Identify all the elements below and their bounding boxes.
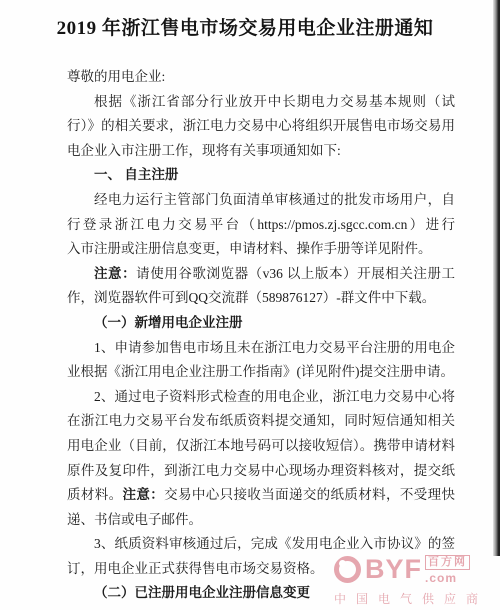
document-line: 质材料。注意：交易中心只接收当面递交的纸质材料，不受理快 (67, 483, 455, 508)
document-line: 2、通过电子资料形式检查的用电企业，浙江电力交易中心将 (67, 385, 455, 410)
watermark-brand-text: BYF (365, 556, 422, 583)
watermark-domain-suffix: .com (425, 572, 457, 584)
document-line: 经电力运行主管部门负面清单审核通过的批发市场用户，自 (67, 188, 455, 213)
text-segment: 行登录浙江电力交易平台（https://pmos.zj.sgcc.com.cn）… (67, 217, 455, 232)
text-segment: （二）已注册用电企业注册信息变更 (94, 585, 310, 600)
text-segment: 请使用谷歌浏览器（v36 以上版本）开展相关注册工 (136, 266, 455, 281)
document-line: 电企业入市注册工作，现将有关事项通知如下: (67, 139, 455, 164)
watermark-tagline: 中国电气供应商 (334, 590, 492, 607)
text-segment: 3、纸质资料审核通过后，完成《发用电企业入市协议》的签 (94, 536, 455, 551)
text-segment: 业根据《浙江用电企业注册工作指南》(详见附件)提交注册申请。 (67, 364, 454, 379)
watermark: BYF 百方网 .com 中国电气供应商 (334, 553, 492, 607)
scan-edge-strip (493, 0, 500, 556)
text-segment: 根据《浙江省部分行业放开中长期电力交易基本规则（试 (94, 94, 455, 109)
text-segment: 尊敬的用电企业: (67, 69, 165, 84)
document-line: 原件及复印件，到浙江电力交易中心现场办理资料核对，提交纸 (67, 459, 455, 484)
document-line: 行登录浙江电力交易平台（https://pmos.zj.sgcc.com.cn）… (67, 213, 455, 238)
document-line: 在浙江电力交易平台发布纸质资料提交通知，同时短信通知相关 (67, 409, 455, 434)
text-segment: 注意： (94, 266, 136, 281)
document-line: 递、书信或电子邮件。 (67, 508, 455, 533)
document-line: （一）新增用电企业注册 (67, 311, 455, 336)
text-segment: 原件及复印件，到浙江电力交易中心现场办理资料核对，提交纸 (67, 463, 455, 478)
text-segment: 2、通过电子资料形式检查的用电企业，浙江电力交易中心将 (94, 389, 455, 404)
watermark-side-block: 百方网 .com (425, 555, 470, 584)
document-body: 尊敬的用电企业:根据《浙江省部分行业放开中长期电力交易基本规则（试行）》的相关要… (67, 65, 455, 606)
text-segment: 电企业入市注册工作，现将有关事项通知如下: (67, 143, 341, 158)
document-line: 尊敬的用电企业: (67, 65, 455, 90)
text-segment: 递、书信或电子邮件。 (67, 512, 202, 527)
text-segment: 作，浏览器软件可到QQ交流群（589876127）-群文件中下载。 (67, 290, 435, 305)
watermark-logo-row: BYF 百方网 .com (334, 553, 492, 585)
text-segment: 入市注册或注册信息变更，申请材料、操作手册等详见附件。 (67, 241, 432, 256)
text-segment: 行）》的相关要求，浙江电力交易中心将组织开展售电市场交易用 (67, 118, 455, 133)
text-segment: 一、 自主注册 (94, 167, 178, 182)
document-line: 用电企业（目前，仅浙江本地号码可以接收短信）。携带申请材料 (67, 434, 455, 459)
text-segment: 用电企业（目前，仅浙江本地号码可以接收短信）。携带申请材料 (67, 438, 455, 453)
text-segment: （一）新增用电企业注册 (94, 315, 243, 330)
text-segment: 质材料。 (67, 487, 122, 502)
watermark-site-name: 百方网 (425, 555, 470, 570)
text-segment: 注意： (122, 487, 164, 502)
document-line: 根据《浙江省部分行业放开中长期电力交易基本规则（试 (67, 90, 455, 115)
text-segment: 1、申请参加售电市场且未在浙江电力交易平台注册的用电企 (94, 340, 455, 355)
document-line: 入市注册或注册信息变更，申请材料、操作手册等详见附件。 (67, 237, 455, 262)
byf-ring-logo-icon (334, 556, 361, 583)
document-line: 作，浏览器软件可到QQ交流群（589876127）-群文件中下载。 (67, 286, 455, 311)
document-line: 行）》的相关要求，浙江电力交易中心将组织开展售电市场交易用 (67, 114, 455, 139)
text-segment: 订，用电企业正式获得售电市场交易资格。 (67, 561, 324, 576)
document-title: 2019 年浙江售电市场交易用电企业注册通知 (20, 13, 470, 40)
text-segment: 经电力运行主管部门负面清单审核通过的批发市场用户，自 (94, 192, 455, 207)
document-line: 注意：请使用谷歌浏览器（v36 以上版本）开展相关注册工 (67, 262, 455, 287)
document-line: 一、 自主注册 (67, 163, 455, 188)
document-line: 业根据《浙江用电企业注册工作指南》(详见附件)提交注册申请。 (67, 360, 455, 385)
document-line: 1、申请参加售电市场且未在浙江电力交易平台注册的用电企 (67, 336, 455, 361)
text-segment: 在浙江电力交易平台发布纸质资料提交通知，同时短信通知相关 (67, 413, 455, 428)
document-page: 2019 年浙江售电市场交易用电企业注册通知 尊敬的用电企业:根据《浙江省部分行… (0, 0, 500, 610)
text-segment: 交易中心只接收当面递交的纸质材料，不受理快 (164, 487, 455, 502)
